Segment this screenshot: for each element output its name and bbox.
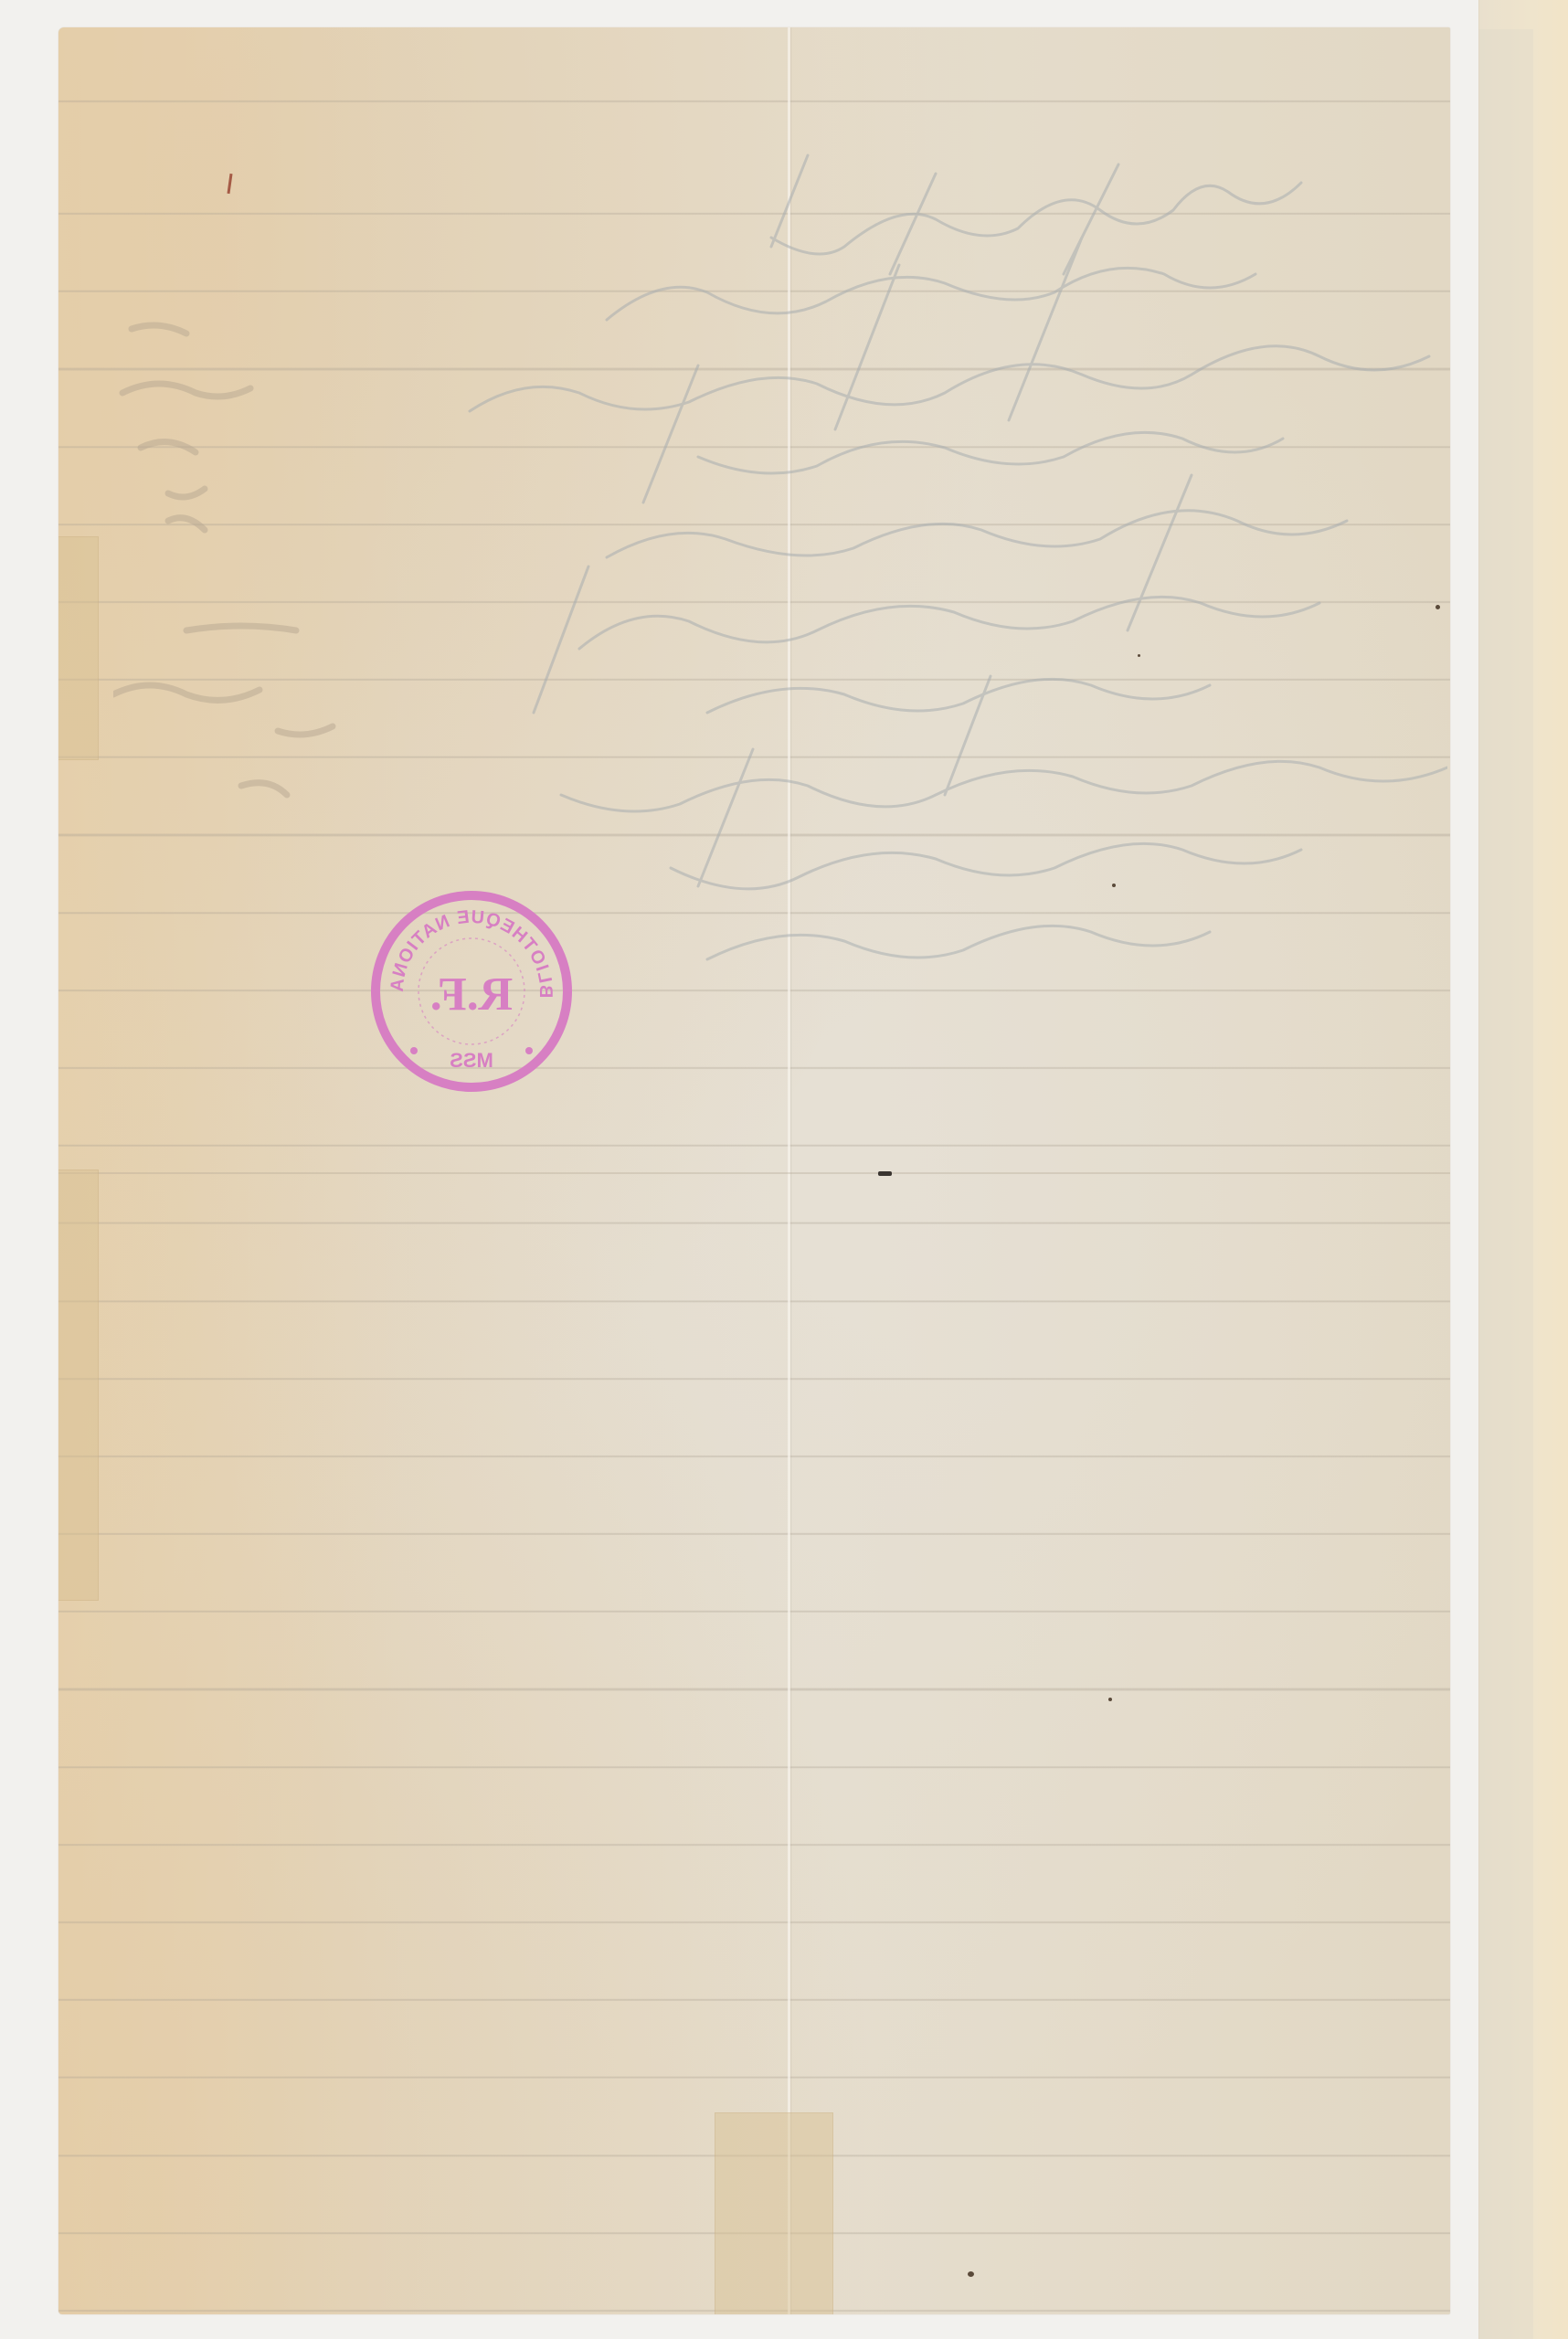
svg-text:MSS: MSS bbox=[450, 1049, 493, 1072]
bibliotheque-nationale-stamp-icon: BIBLIOTHEQUE NATIONALE R.F. MSS bbox=[366, 886, 577, 1096]
ink-speck bbox=[968, 2271, 974, 2277]
svg-text:R.F.: R.F. bbox=[430, 968, 514, 1021]
horizontal-fold-crease bbox=[58, 1172, 1450, 1174]
ink-speck bbox=[1112, 884, 1116, 887]
repair-tape-left-lower bbox=[58, 1169, 99, 1601]
ink-speck bbox=[1436, 605, 1440, 609]
bleed-through-handwriting-icon bbox=[113, 128, 1447, 987]
ink-dash-mark bbox=[878, 1171, 892, 1176]
repair-tape-bottom bbox=[715, 2112, 833, 2314]
ink-speck bbox=[1108, 1698, 1112, 1701]
backing-sheet-shadow bbox=[1478, 29, 1533, 2339]
ink-speck bbox=[1138, 654, 1140, 657]
library-stamp: BIBLIOTHEQUE NATIONALE R.F. MSS bbox=[366, 886, 577, 1096]
manuscript-page: BIBLIOTHEQUE NATIONALE R.F. MSS bbox=[58, 27, 1450, 2314]
ink-bleed-through bbox=[113, 128, 1447, 987]
repair-tape-left-upper bbox=[58, 536, 99, 760]
